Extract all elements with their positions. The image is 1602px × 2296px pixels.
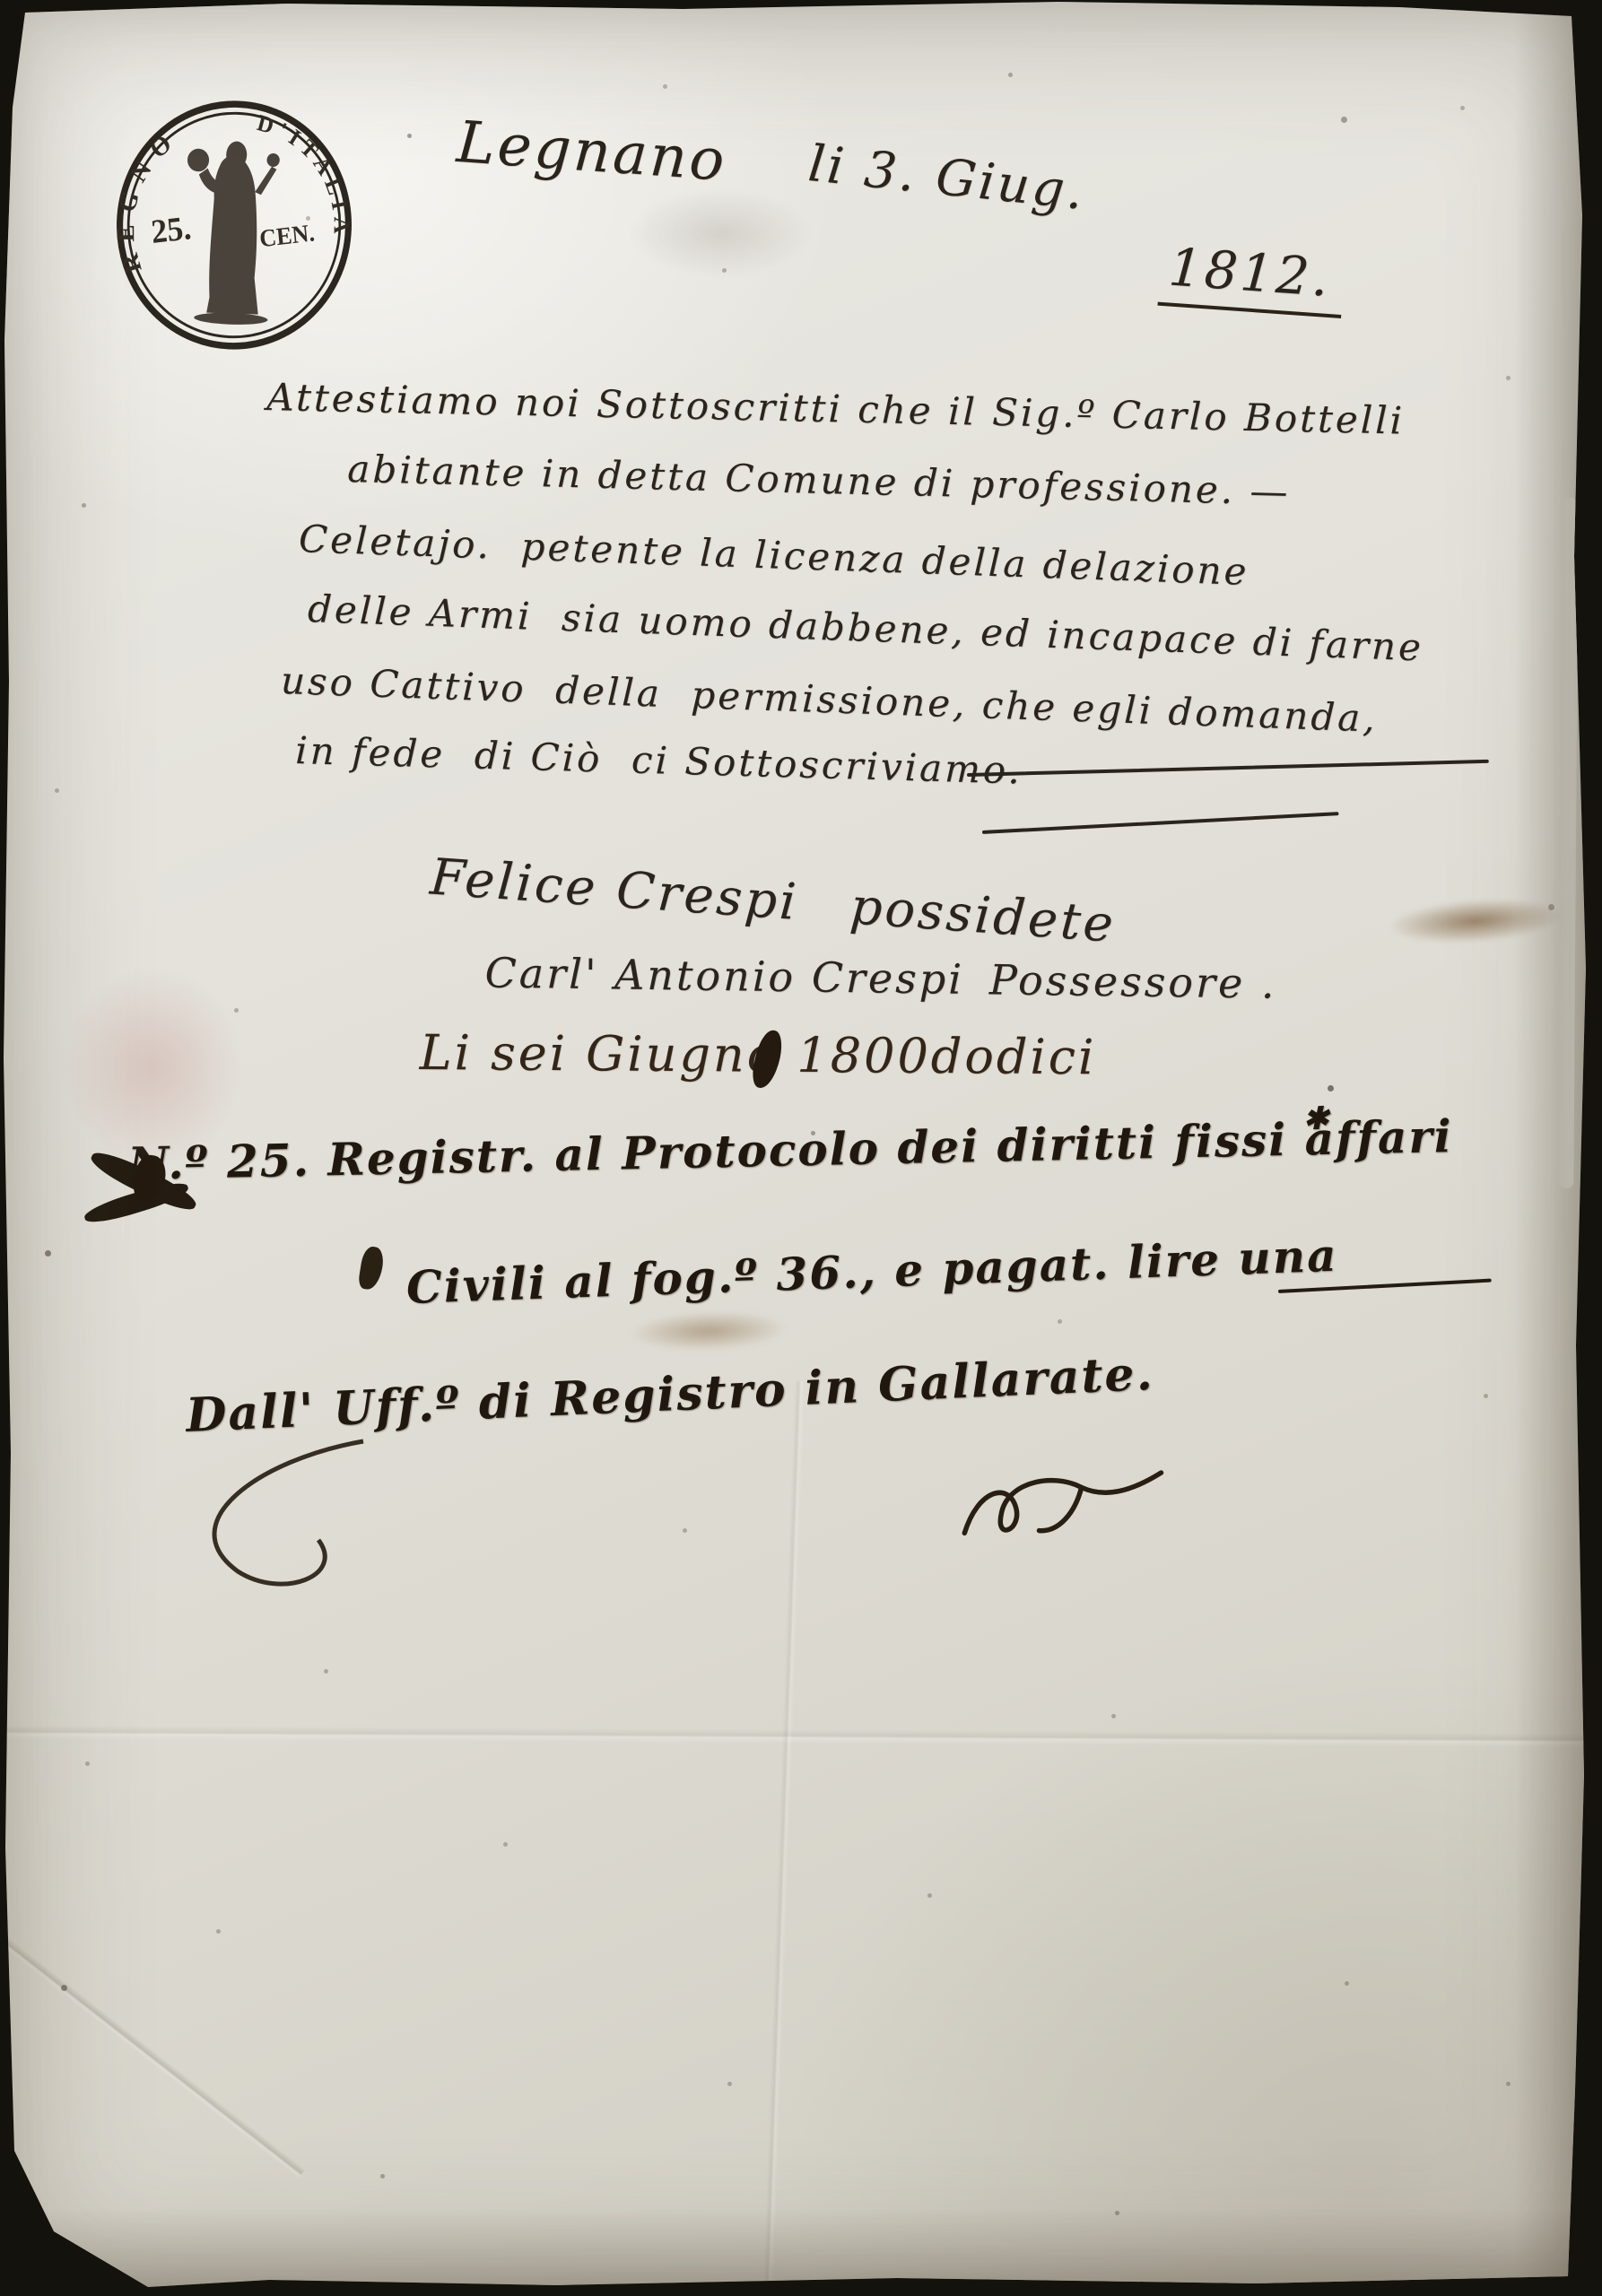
signature-2-name: Carl' Antonio Crespi (484, 948, 964, 1003)
revenue-stamp-graphic: REGNO D'ITALIA 25. CEN. (107, 91, 361, 359)
edge-shadow-bottom (0, 2208, 1602, 2296)
body-line-4: delle Armi sia uomo dabbene, ed incapace… (307, 587, 1424, 669)
revenue-stamp: REGNO D'ITALIA 25. CEN. (107, 91, 361, 359)
stamp-denomination-25: 25. (150, 208, 193, 250)
registrar-paraph-squiggle (945, 1445, 1194, 1570)
body-line-1: Attestiamo noi Sottoscritti che il Sig.º… (266, 375, 1406, 443)
dust-specks (0, 0, 3, 3)
body-line-5: uso Cattivo della permissione, che egli … (280, 658, 1378, 741)
body-line-6: in fede di Ciò ci Sottoscriviamo. (295, 728, 1023, 793)
flourish-line-after-body (967, 760, 1489, 777)
brown-ink-smudge-lower (602, 1301, 814, 1361)
horizontal-fold-crease (0, 1725, 1602, 1747)
document-photo: REGNO D'ITALIA 25. CEN. Legn (0, 0, 1602, 2296)
registration-swash-flourish (135, 1428, 413, 1634)
body-line-2: abitante in detta Comune di professione.… (347, 447, 1291, 514)
signature-2-title: Possessore . (989, 955, 1277, 1007)
header-place: Legnano (455, 109, 729, 195)
registration-mark: ✱ (1302, 1100, 1331, 1137)
ink-drop (357, 1245, 385, 1291)
edge-shadow-right (1514, 0, 1586, 2296)
registration-line-1: N.º 25. Registr. al Protocolo dei diritt… (127, 1109, 1453, 1190)
stamp-denomination-cen: CEN. (258, 219, 316, 253)
vertical-fold-crease (762, 1381, 805, 2296)
registration-line-2: Civili al fog.º 36., e pagat. lire una (405, 1229, 1338, 1314)
body-line-3: Celetajo. petente la licenza della delaz… (298, 517, 1249, 594)
header-year: 1812. (1039, 167, 1350, 370)
paper-sheet: REGNO D'ITALIA 25. CEN. Legn (0, 0, 1602, 2296)
flourish-line-after-signature-1 (982, 812, 1339, 834)
corner-crease (0, 1932, 305, 2179)
stamp-arc-left-text: REGNO (110, 121, 185, 278)
header-date: li 3. Giug. (805, 135, 1088, 222)
header-year-value: 1812. (1157, 236, 1345, 318)
